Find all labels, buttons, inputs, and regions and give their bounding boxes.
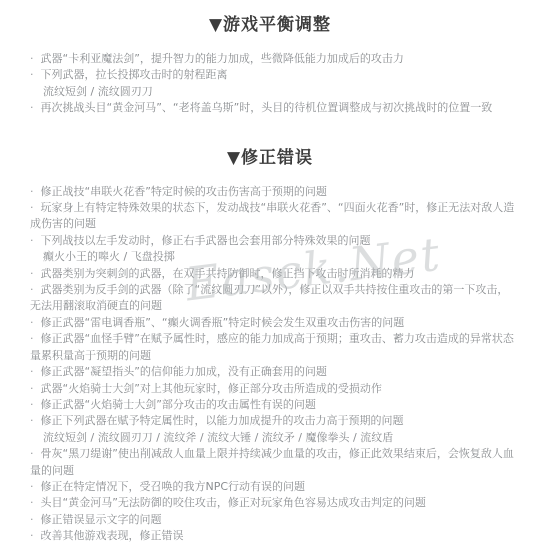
bullet-dot-icon: ·	[30, 200, 34, 216]
note-text: 骨灰“黑刀缇谢”使出削减敌人血量上限并持续减少血量的攻击，修正此效果结束后，会恢…	[30, 447, 514, 476]
note-line: ·修正武器“凝望指头”的信仰能力加成，没有正确套用的问题	[0, 364, 540, 380]
bullet-dot-icon: ·	[30, 495, 34, 511]
note-text: 修正武器“火焰骑士大剑”部分攻击的攻击属性有误的问题	[41, 398, 316, 411]
note-line: ·修正武器“火焰骑士大剑”部分攻击的攻击属性有误的问题	[0, 397, 540, 413]
bullet-dot-icon: ·	[30, 381, 34, 397]
note-line: ·下列武器，拉长投掷攻击时的射程距离	[0, 67, 540, 83]
note-subline: 流纹短剑 / 流纹圆刃刀	[0, 84, 540, 100]
note-text: 武器类别为突刺剑的武器，在双手共持防御时，修正挡下攻击时所消耗的精力	[41, 267, 415, 280]
note-line: ·下列战技以左手发动时，修正右手武器也会套用部分特殊效果的问题	[0, 233, 540, 249]
bullet-dot-icon: ·	[30, 397, 34, 413]
note-text: 修正错误显示文字的问题	[41, 513, 162, 526]
note-text: 武器“卡利亚魔法剑”，提升智力的能力加成，些微降低能力加成后的攻击力	[41, 52, 404, 65]
bullet-dot-icon: ·	[30, 67, 34, 83]
note-text: 下列战技以左手发动时，修正右手武器也会套用部分特殊效果的问题	[41, 234, 371, 247]
note-text: 癫火小王的嗥火 / 飞盘投掷	[43, 250, 175, 263]
note-text: 头目“黄金河马”无法防御的咬住攻击，修正对玩家角色容易达成攻击判定的问题	[41, 496, 426, 509]
note-line: ·骨灰“黑刀缇谢”使出削减敌人血量上限并持续减少血量的攻击，修正此效果结束后，会…	[0, 446, 540, 479]
note-text: 武器“火焰骑士大剑”对上其他玩家时，修正部分攻击所造成的受损动作	[41, 382, 382, 395]
note-text: 再次挑战头目“黄金河马”、“老将盖乌斯”时，头目的待机位置调整成与初次挑战时的位…	[41, 101, 493, 114]
section-title: ▼修正错误	[0, 143, 540, 168]
patch-notes-content: ▼游戏平衡调整·武器“卡利亚魔法剑”，提升智力的能力加成，些微降低能力加成后的攻…	[0, 10, 540, 545]
note-line: ·修正武器“血怪手臂”在赋予属性时，感应的能力加成高于预期；重攻击、蓄力攻击造成…	[0, 331, 540, 364]
bullet-dot-icon: ·	[30, 282, 34, 298]
note-line: ·再次挑战头目“黄金河马”、“老将盖乌斯”时，头目的待机位置调整成与初次挑战时的…	[0, 100, 540, 116]
note-text: 改善其他游戏表现，修正错误	[41, 529, 184, 542]
note-text: 修正武器“血怪手臂”在赋予属性时，感应的能力加成高于预期；重攻击、蓄力攻击造成的…	[30, 332, 514, 361]
bullet-dot-icon: ·	[30, 528, 34, 544]
note-text: 修正武器“凝望指头”的信仰能力加成，没有正确套用的问题	[41, 365, 327, 378]
note-line: ·改善其他游戏表现，修正错误	[0, 528, 540, 544]
bullet-dot-icon: ·	[30, 233, 34, 249]
note-line: ·玩家身上有特定特殊效果的状态下，发动战技“串联火花香”、“四面火花香”时，修正…	[0, 200, 540, 233]
note-text: 流纹短剑 / 流纹圆刃刀	[43, 85, 153, 98]
note-subline: 流纹短剑 / 流纹圆刃刀 / 流纹斧 / 流纹大锤 / 流纹矛 / 魔像拳头 /…	[0, 430, 540, 446]
bullet-dot-icon: ·	[30, 413, 34, 429]
note-line: ·武器“卡利亚魔法剑”，提升智力的能力加成，些微降低能力加成后的攻击力	[0, 51, 540, 67]
patch-notes-page: Easck.Net ▼游戏平衡调整·武器“卡利亚魔法剑”，提升智力的能力加成，些…	[0, 0, 540, 546]
bullet-dot-icon: ·	[30, 479, 34, 495]
note-line: ·修正错误显示文字的问题	[0, 512, 540, 528]
bullet-dot-icon: ·	[30, 315, 34, 331]
bullet-dot-icon: ·	[30, 184, 34, 200]
note-text: 玩家身上有特定特殊效果的状态下，发动战技“串联火花香”、“四面火花香”时，修正无…	[30, 201, 514, 230]
note-line: ·修正下列武器在赋予特定属性时，以能力加成提升的攻击力高于预期的问题	[0, 413, 540, 429]
notes-section: ▼修正错误·修正战技“串联火花香”特定时候的攻击伤害高于预期的问题·玩家身上有特…	[0, 143, 540, 545]
note-text: 修正下列武器在赋予特定属性时，以能力加成提升的攻击力高于预期的问题	[41, 414, 404, 427]
note-text: 修正战技“串联火花香”特定时候的攻击伤害高于预期的问题	[41, 185, 327, 198]
note-line: ·武器类别为反手剑的武器（除了“流纹圆刃刀”以外），修正以双手共持按住重攻击的第…	[0, 282, 540, 315]
note-line: ·修正武器“雷电调香瓶”、“癫火调香瓶”特定时候会发生双重攻击伤害的问题	[0, 315, 540, 331]
note-line: ·头目“黄金河马”无法防御的咬住攻击，修正对玩家角色容易达成攻击判定的问题	[0, 495, 540, 511]
bullet-dot-icon: ·	[30, 331, 34, 347]
bullet-dot-icon: ·	[30, 512, 34, 528]
section-title: ▼游戏平衡调整	[0, 10, 540, 35]
note-text: 下列武器，拉长投掷攻击时的射程距离	[41, 68, 228, 81]
notes-section: ▼游戏平衡调整·武器“卡利亚魔法剑”，提升智力的能力加成，些微降低能力加成后的攻…	[0, 10, 540, 117]
bullet-dot-icon: ·	[30, 446, 34, 462]
note-text: 流纹短剑 / 流纹圆刃刀 / 流纹斧 / 流纹大锤 / 流纹矛 / 魔像拳头 /…	[43, 431, 393, 444]
bullet-dot-icon: ·	[30, 364, 34, 380]
note-line: ·武器“火焰骑士大剑”对上其他玩家时，修正部分攻击所造成的受损动作	[0, 381, 540, 397]
note-text: 武器类别为反手剑的武器（除了“流纹圆刃刀”以外），修正以双手共持按住重攻击的第一…	[30, 283, 508, 312]
bullet-dot-icon: ·	[30, 51, 34, 67]
note-subline: 癫火小王的嗥火 / 飞盘投掷	[0, 249, 540, 265]
bullet-dot-icon: ·	[30, 100, 34, 116]
note-text: 修正在特定情况下，受召唤的我方NPC行动有误的问题	[41, 480, 306, 493]
note-text: 修正武器“雷电调香瓶”、“癫火调香瓶”特定时候会发生双重攻击伤害的问题	[41, 316, 405, 329]
bullet-dot-icon: ·	[30, 266, 34, 282]
note-line: ·武器类别为突刺剑的武器，在双手共持防御时，修正挡下攻击时所消耗的精力	[0, 266, 540, 282]
note-line: ·修正在特定情况下，受召唤的我方NPC行动有误的问题	[0, 479, 540, 495]
note-line: ·修正战技“串联火花香”特定时候的攻击伤害高于预期的问题	[0, 184, 540, 200]
